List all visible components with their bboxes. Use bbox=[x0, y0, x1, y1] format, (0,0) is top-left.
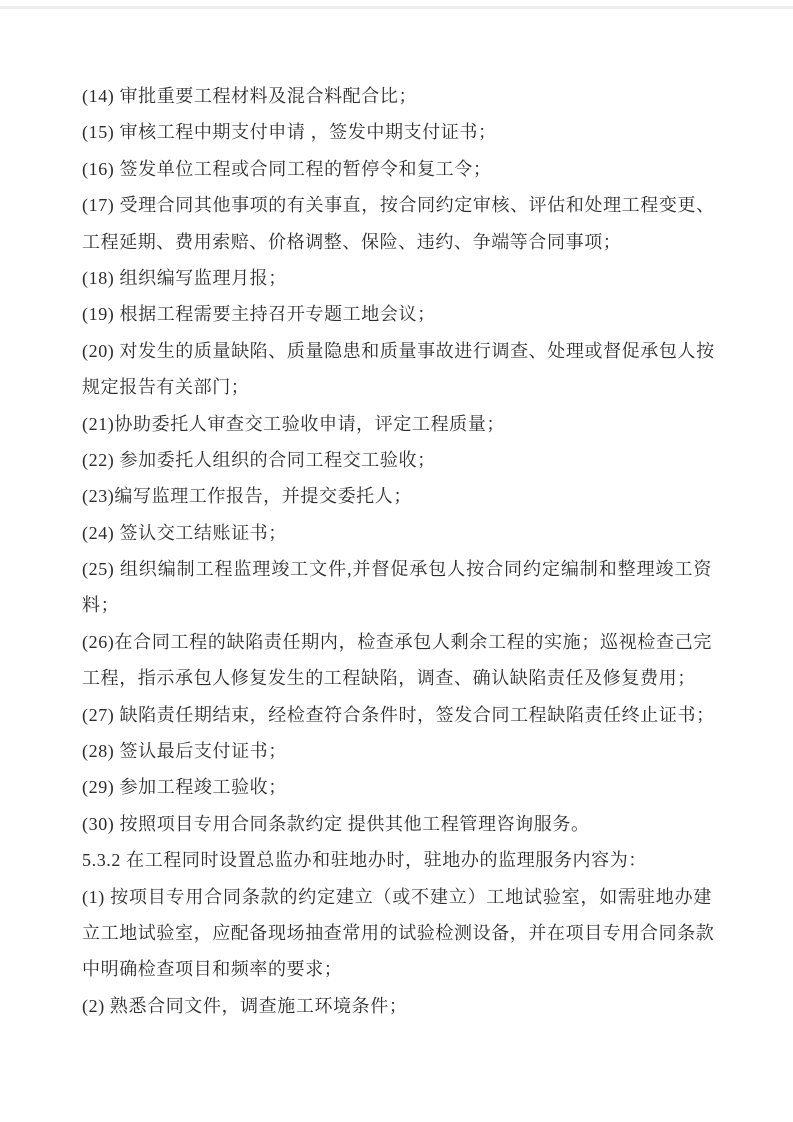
document-line: (24) 签认交工结账证书； bbox=[82, 515, 712, 551]
document-line: (15) 审核工程中期支付申请 ，签发中期支付证书； bbox=[82, 114, 712, 150]
document-line: (22) 参加委托人组织的合同工程交工验收； bbox=[82, 442, 712, 478]
document-page: (14) 审批重要工程材料及混合料配合比； (15) 审核工程中期支付申请 ，签… bbox=[0, 0, 793, 1122]
document-line: 规定报告有关部门； bbox=[82, 369, 712, 405]
document-line: (20) 对发生的质量缺陷、质量隐患和质量事故进行调查、处理或督促承包人按 bbox=[82, 333, 712, 369]
document-line: (18) 组织编写监理月报； bbox=[82, 260, 712, 296]
scan-artifact-line bbox=[0, 6, 793, 9]
document-line: (2) 熟悉合同文件，调查施工环境条件； bbox=[82, 988, 712, 1024]
document-section-heading: 5.3.2 在工程同时设置总监办和驻地办时，驻地办的监理服务内容为： bbox=[82, 842, 712, 878]
document-line: (1) 按项目专用合同条款的约定建立（或不建立）工地试验室，如需驻地办建 bbox=[82, 879, 712, 915]
document-line: (27) 缺陷责任期结束，经检查符合条件时，签发合同工程缺陷责任终止证书； bbox=[82, 697, 712, 733]
document-line: 中明确检查项目和频率的要求； bbox=[82, 951, 712, 987]
document-line: 料； bbox=[82, 587, 712, 623]
document-line: (30) 按照项目专用合同条款约定 提供其他工程管理咨询服务。 bbox=[82, 806, 712, 842]
document-line: (17) 受理合同其他事项的有关事直，按合同约定审核、评估和处理工程变更、 bbox=[82, 187, 712, 223]
document-line: (29) 参加工程竣工验收； bbox=[82, 769, 712, 805]
document-line: (14) 审批重要工程材料及混合料配合比； bbox=[82, 78, 712, 114]
document-line: (23)编写监理工作报告，并提交委托人； bbox=[82, 478, 712, 514]
document-text-block: (14) 审批重要工程材料及混合料配合比； (15) 审核工程中期支付申请 ，签… bbox=[82, 78, 712, 1024]
document-line: (16) 签发单位工程或合同工程的暂停令和复工令； bbox=[82, 151, 712, 187]
document-line: 工程，指示承包人修复发生的工程缺陷，调查、确认缺陷责任及修复费用； bbox=[82, 660, 712, 696]
document-line: (28) 签认最后支付证书； bbox=[82, 733, 712, 769]
document-line: (26)在合同工程的缺陷责任期内，检查承包人剩余工程的实施；巡视检查己完 bbox=[82, 624, 712, 660]
document-line: (19) 根据工程需要主持召开专题工地会议； bbox=[82, 296, 712, 332]
document-line: 立工地试验室，应配备现场抽查常用的试验检测设备，并在项目专用合同条款 bbox=[82, 915, 712, 951]
document-line: 工程延期、费用索赔、价格调整、保险、违约、争端等合同事项； bbox=[82, 224, 712, 260]
document-line: (25) 组织编制工程监理竣工文件,并督促承包人按合同约定编制和整理竣工资 bbox=[82, 551, 712, 587]
document-line: (21)协助委托人审查交工验收申请，评定工程质量； bbox=[82, 406, 712, 442]
